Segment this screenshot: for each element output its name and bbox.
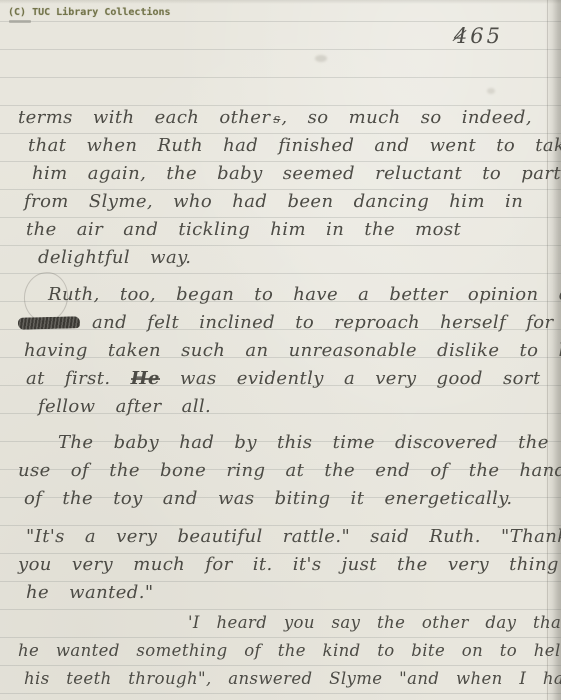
handwritten-line: he wanted something of the kind to bite … (18, 637, 553, 665)
line-text: and felt inclined to reproach herself fo… (92, 312, 554, 333)
line-text: terms with each other (18, 107, 270, 128)
line-text: was evidently a very good sort of (180, 368, 561, 389)
struck-character: s (273, 112, 280, 127)
paragraph-1: terms with each others, so much so indee… (18, 104, 553, 272)
manuscript-page: (C) TUC Library Collections 465 terms wi… (0, 0, 561, 700)
handwritten-line: him again, the baby seemed reluctant to … (32, 160, 553, 188)
handwritten-line: he wanted." (26, 579, 553, 607)
scribbled-out-word (18, 316, 80, 330)
paragraph-5: 'I heard you say the other day that he w… (18, 609, 553, 693)
paragraph-2: Ruth, too, began to have a better opinio… (18, 281, 553, 421)
handwritten-line: of the toy and was biting it energetical… (24, 485, 553, 513)
handwritten-line: his teeth through", answered Slyme "and … (24, 665, 553, 693)
line-text: Ruth, too, began to have a better opinio… (48, 284, 561, 305)
handwritten-line: from Slyme, who had been dancing him in (24, 188, 553, 216)
handwritten-line: you very much for it. it's just the very… (18, 551, 553, 579)
paragraph-3: The baby had by this time discovered the… (18, 429, 553, 513)
handwritten-line: Ruth, too, began to have a better opinio… (48, 281, 553, 309)
handwritten-line: use of the bone ring at the end of the h… (18, 457, 553, 485)
line-text: , so much so indeed, (281, 107, 532, 128)
handwritten-line: "It's a very beautiful rattle." said Rut… (26, 523, 553, 551)
handwritten-line: delightful way. (38, 244, 553, 272)
line-text: at first. (26, 368, 111, 389)
paragraph-4: "It's a very beautiful rattle." said Rut… (18, 523, 553, 607)
overwritten-word: He (131, 368, 160, 389)
handwritten-line: at first. He was evidently a very good s… (26, 365, 553, 393)
handwritten-line: that when Ruth had finished and went to … (28, 132, 553, 160)
handwritten-line: terms with each others, so much so indee… (18, 104, 553, 132)
handwritten-line: the air and tickling him in the most (26, 216, 553, 244)
handwritten-line: fellow after all. (38, 393, 553, 421)
handwritten-text: terms with each others, so much so indee… (18, 0, 553, 700)
handwritten-line: The baby had by this time discovered the (58, 429, 553, 457)
handwritten-line: 'I heard you say the other day that (188, 609, 553, 637)
handwritten-line: having taken such an unreasonable dislik… (24, 337, 553, 365)
handwritten-line: and felt inclined to reproach herself fo… (18, 309, 553, 337)
